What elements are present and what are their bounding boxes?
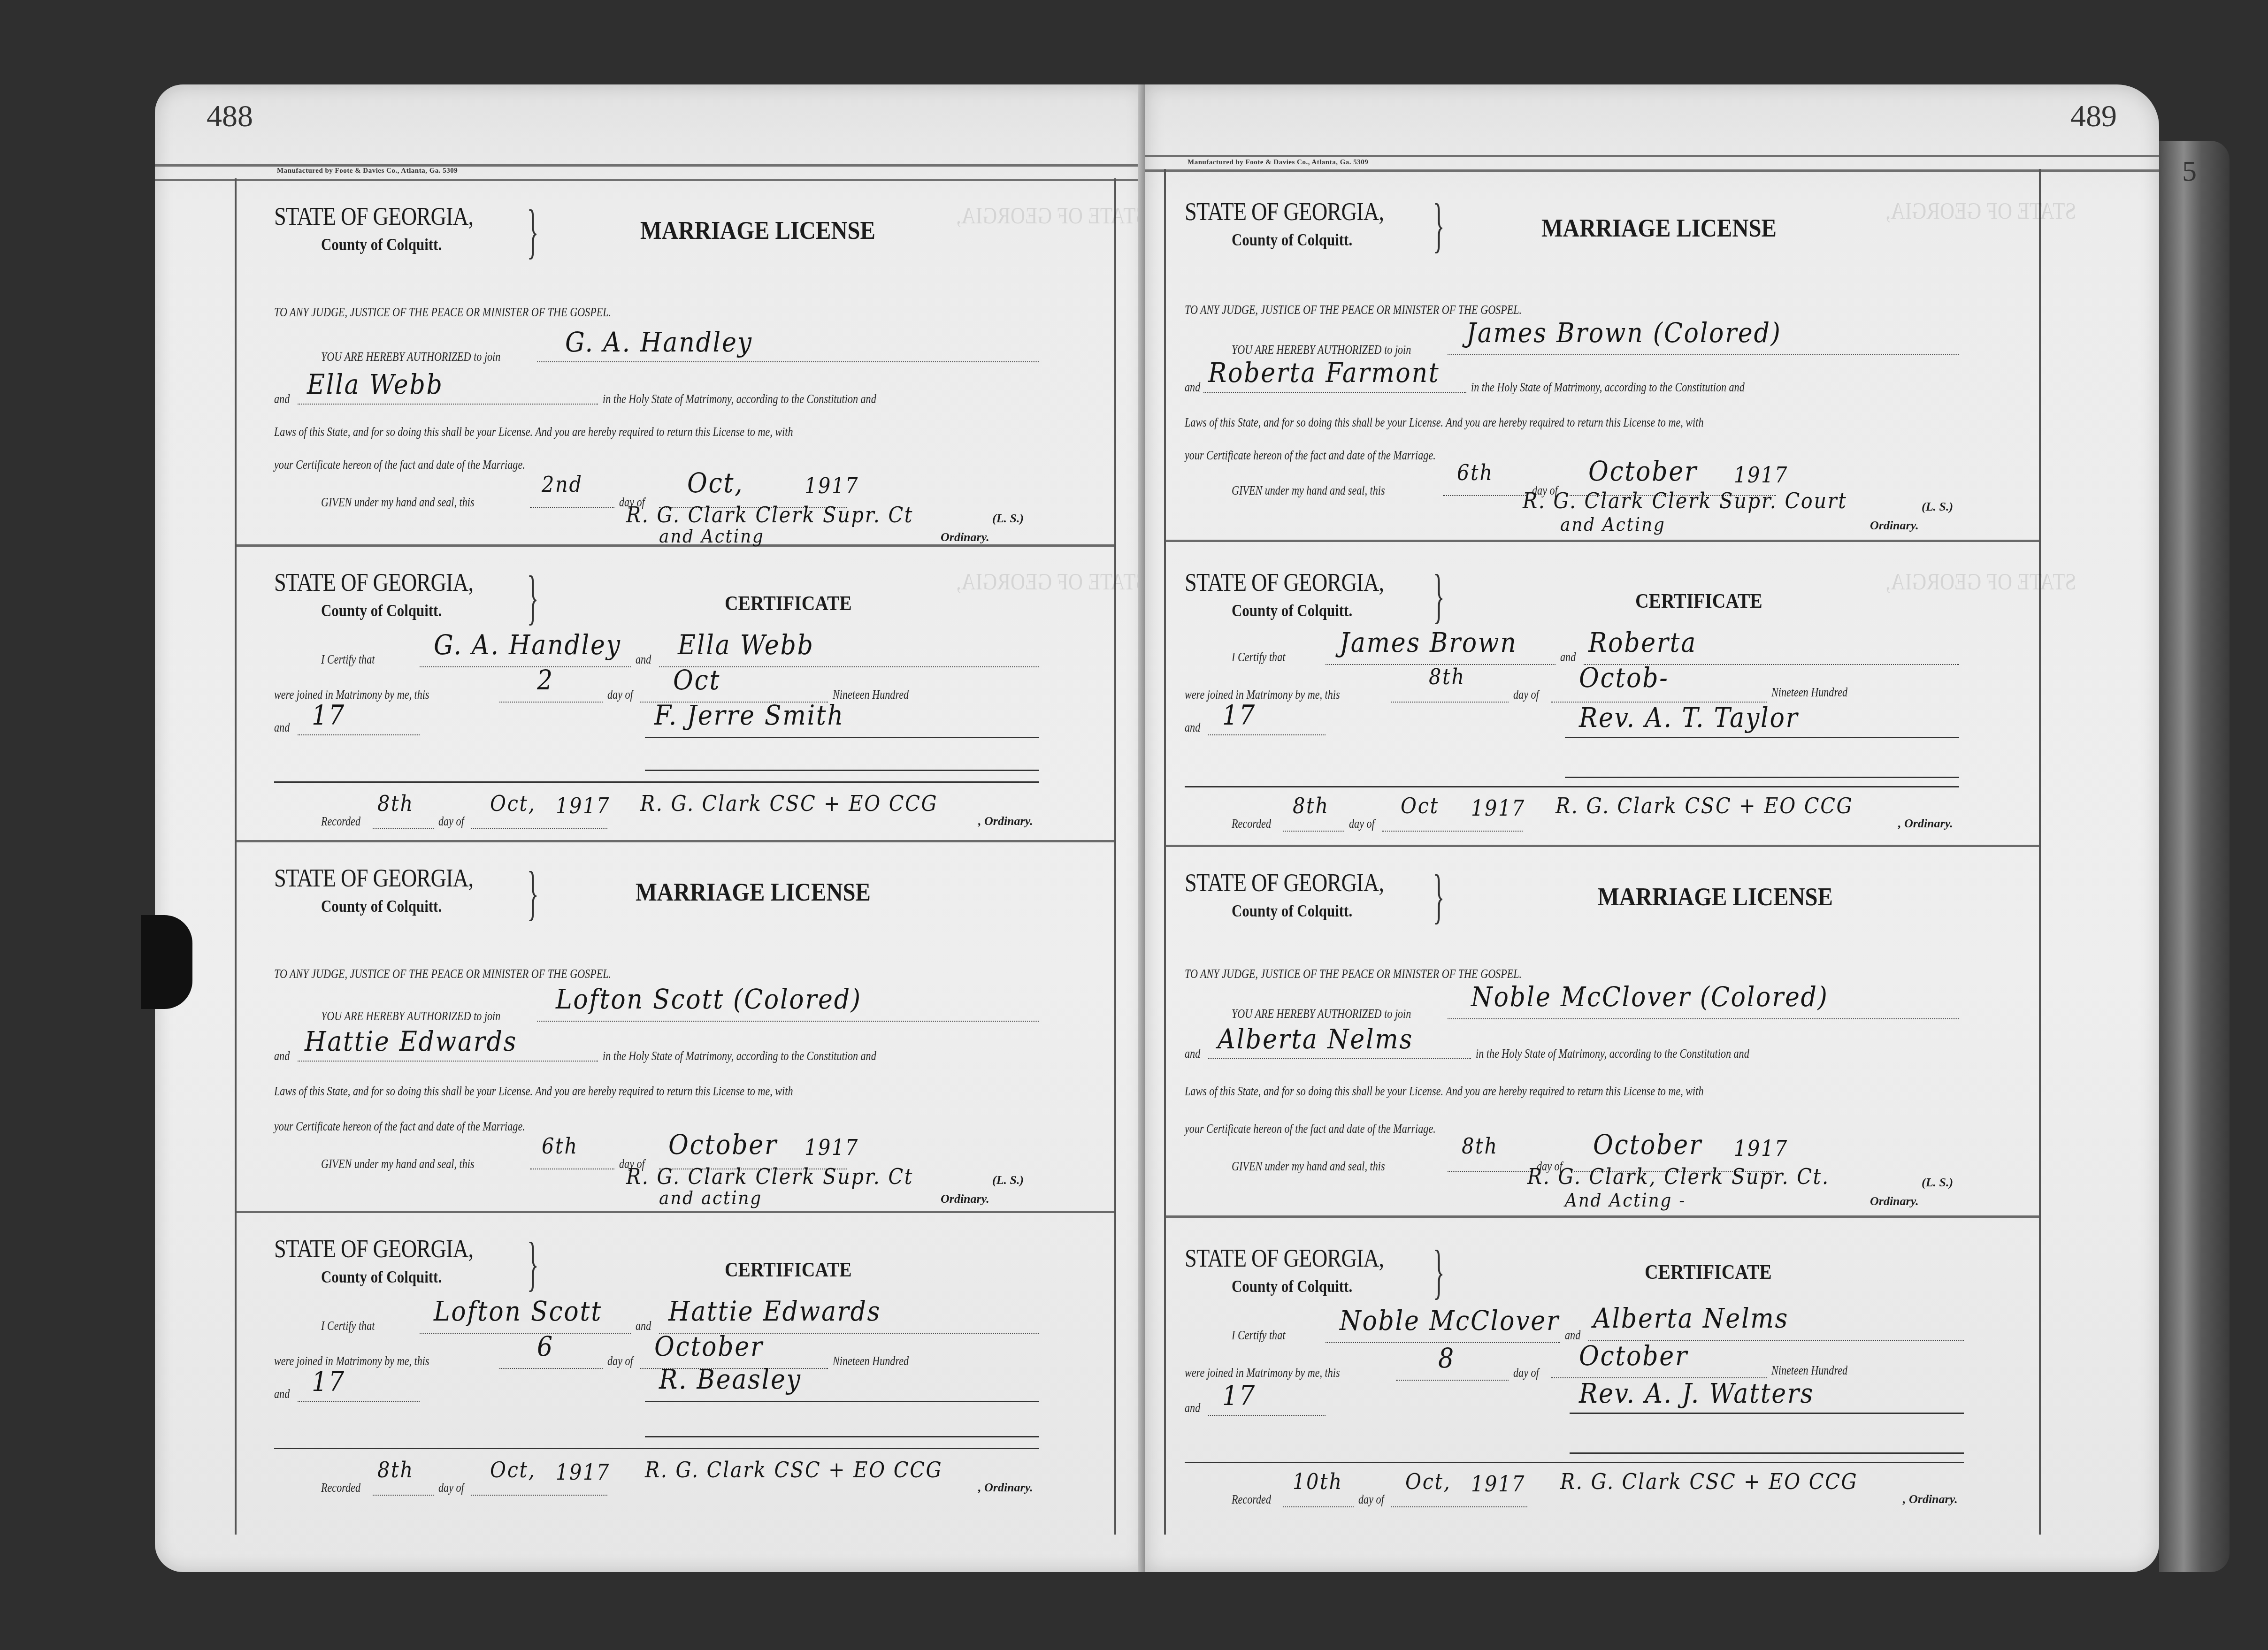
recorded-label: Recorded: [1232, 1492, 1271, 1507]
groom-name: Lofton Scott (Colored): [556, 983, 862, 1015]
marriage-license-form: STATE OF GEORGIA, STATE OF GEORGIA, Coun…: [237, 178, 1114, 547]
officiant-name: F. Jerre Smith: [654, 699, 844, 731]
recorded-year: 1917: [556, 1459, 610, 1485]
marriage-license-form: STATE OF GEORGIA, County of Colquitt. } …: [237, 840, 1114, 1213]
and-label: and: [1560, 650, 1576, 665]
certificate-form: STATE OF GEORGIA, STATE OF GEORGIA, Coun…: [237, 544, 1114, 842]
joined-label: were joined in Matrimony by me, this: [274, 1354, 429, 1368]
ordinary-label: , Ordinary.: [1903, 1492, 1958, 1506]
day-of-label: day of: [438, 1481, 464, 1495]
divider-line: [274, 781, 1039, 783]
addressee-line: TO ANY JUDGE, JUSTICE OF THE PEACE OR MI…: [1185, 967, 1522, 981]
addressee-line: TO ANY JUDGE, JUSTICE OF THE PEACE OR MI…: [274, 305, 611, 320]
certificate-title: CERTIFICATE: [1645, 1260, 1772, 1284]
and-year-label: and: [274, 1387, 290, 1401]
county-heading: County of Colquitt.: [321, 1267, 442, 1287]
right-page: 489 5 Manufactured by Foote & Davies Co.…: [1145, 84, 2159, 1572]
and-year-label: and: [1185, 720, 1200, 735]
ordinary-label: Ordinary.: [941, 1192, 989, 1206]
and-label: and: [1185, 380, 1200, 395]
county-heading: County of Colquitt.: [1232, 1276, 1352, 1296]
brace-icon: }: [527, 201, 539, 262]
authorized-label: YOU ARE HEREBY AUTHORIZED to join: [1232, 343, 1411, 357]
day-of-label: day of: [607, 1354, 633, 1368]
recorded-label: Recorded: [321, 1481, 360, 1495]
ordinary-label: , Ordinary.: [978, 814, 1033, 828]
officiant-name: Rev. A. T. Taylor: [1579, 702, 1799, 733]
given-day: 8th: [1462, 1133, 1498, 1159]
holy-state-text: in the Holy State of Matrimony, accordin…: [1476, 1047, 1749, 1061]
and-label: and: [274, 1049, 290, 1063]
certificate-title: CERTIFICATE: [1635, 589, 1762, 613]
given-label: GIVEN under my hand and seal, this: [321, 495, 475, 510]
recorded-day: 10th: [1293, 1469, 1343, 1494]
brace-icon: }: [1433, 195, 1445, 256]
license-title: MARRIAGE LICENSE: [1541, 214, 1777, 243]
year-suffix: 17: [312, 1366, 345, 1398]
form-frame: STATE OF GEORGIA, STATE OF GEORGIA, Coun…: [235, 178, 1116, 1535]
certificate-form: STATE OF GEORGIA, County of Colquitt. } …: [1166, 1215, 2039, 1539]
year-suffix: 17: [1222, 1380, 1256, 1412]
clerk-signature: R. G. Clark Clerk Supr. Ct: [626, 502, 913, 527]
certificate-title: CERTIFICATE: [725, 1258, 852, 1282]
page-tab-marker: [141, 915, 192, 1009]
joined-month: October: [1579, 1340, 1688, 1372]
bleed-through-text: STATE OF GEORGIA,: [956, 202, 1147, 229]
page-edge-stack: 5: [2159, 141, 2230, 1572]
officiant-title-line: [645, 770, 1039, 771]
recorded-day: 8th: [1293, 793, 1329, 818]
nineteen-hundred-label: Nineteen Hundred: [1771, 685, 1847, 700]
authorized-label: YOU ARE HEREBY AUTHORIZED to join: [321, 350, 500, 364]
form-frame: STATE OF GEORGIA, STATE OF GEORGIA, Coun…: [1164, 169, 2041, 1535]
seal-label: (L. S.): [1922, 1176, 1953, 1190]
certificate-title: CERTIFICATE: [725, 591, 852, 615]
recorded-year: 1917: [1471, 1471, 1525, 1497]
recorded-label: Recorded: [321, 814, 360, 829]
laws-text: Laws of this State, and for so doing thi…: [1185, 1084, 1704, 1099]
recorded-month: Oct: [1401, 793, 1439, 818]
officiant-name: R. Beasley: [659, 1363, 802, 1395]
day-of-label: day of: [1513, 687, 1539, 702]
bride-name: Alberta Nelms: [1593, 1302, 1789, 1334]
state-heading: STATE OF GEORGIA,: [274, 863, 473, 893]
joined-month-field[interactable]: [640, 673, 828, 703]
given-month: October: [668, 1129, 778, 1161]
nineteen-hundred-label: Nineteen Hundred: [833, 1354, 909, 1368]
officiant-line: [645, 737, 1039, 738]
holy-state-text: in the Holy State of Matrimony, accordin…: [603, 1049, 876, 1063]
license-title: MARRIAGE LICENSE: [1598, 882, 1833, 911]
certify-label: I Certify that: [321, 652, 375, 667]
day-of-label: day of: [607, 687, 633, 702]
state-heading: STATE OF GEORGIA,: [274, 202, 473, 231]
clerk-signature: R. G. Clark Clerk Supr. Court: [1523, 488, 1847, 513]
recorded-day: 8th: [377, 1457, 414, 1482]
given-month: October: [1588, 455, 1698, 487]
county-heading: County of Colquitt.: [1232, 601, 1352, 620]
state-heading: STATE OF GEORGIA,: [1185, 568, 1384, 597]
certificate-hereon-text: your Certificate hereon of the fact and …: [1185, 1122, 1436, 1136]
given-year: 1917: [1734, 1136, 1788, 1161]
joined-day: 8th: [1429, 664, 1465, 689]
certificate-hereon-text: your Certificate hereon of the fact and …: [274, 1119, 525, 1134]
county-heading: County of Colquitt.: [1232, 230, 1352, 250]
day-of-label: day of: [438, 814, 464, 829]
joined-day: 6: [537, 1330, 554, 1362]
brace-icon: }: [1433, 866, 1445, 927]
certify-label: I Certify that: [321, 1319, 375, 1333]
groom-name: Lofton Scott: [434, 1295, 602, 1327]
joined-month: Oct: [673, 664, 720, 696]
given-year: 1917: [1734, 462, 1788, 488]
clerk-signature-line2: and Acting: [1560, 514, 1666, 535]
bleed-through-text: STATE OF GEORGIA,: [956, 568, 1147, 595]
certify-label: I Certify that: [1232, 1328, 1285, 1343]
authorized-label: YOU ARE HEREBY AUTHORIZED to join: [1232, 1007, 1411, 1021]
and-label: and: [636, 1319, 651, 1333]
given-month: Oct,: [687, 467, 743, 499]
recorded-month: Oct,: [1405, 1469, 1451, 1494]
license-title: MARRIAGE LICENSE: [636, 878, 871, 907]
holy-state-text: in the Holy State of Matrimony, accordin…: [603, 392, 876, 406]
and-year-label: and: [1185, 1401, 1200, 1415]
clerk-signature: R. G. Clark, Clerk Supr. Ct.: [1527, 1164, 1830, 1189]
given-day: 2nd: [542, 472, 583, 497]
ordinary-label: , Ordinary.: [1898, 817, 1953, 831]
holy-state-text: in the Holy State of Matrimony, accordin…: [1471, 380, 1745, 395]
and-year-label: and: [274, 720, 290, 735]
day-of-label: day of: [1513, 1366, 1539, 1380]
brace-icon: }: [527, 567, 539, 628]
recorded-month: Oct,: [490, 791, 536, 816]
ordinary-label: Ordinary.: [1870, 519, 1919, 533]
divider-line: [1185, 786, 1959, 787]
joined-label: were joined in Matrimony by me, this: [274, 687, 429, 702]
recorded-by-signature: R. G. Clark CSC + EO CCG: [645, 1457, 942, 1482]
officiant-title-line: [1570, 1452, 1964, 1454]
given-label: GIVEN under my hand and seal, this: [321, 1157, 475, 1171]
recorded-year: 1917: [556, 793, 610, 818]
given-label: GIVEN under my hand and seal, this: [1232, 1159, 1385, 1174]
groom-name: Noble McClover: [1340, 1305, 1560, 1337]
certify-label: I Certify that: [1232, 650, 1285, 665]
laws-text: Laws of this State, and for so doing thi…: [1185, 415, 1704, 430]
and-label: and: [636, 652, 651, 667]
page-number-right: 489: [2070, 99, 2117, 134]
edge-page-number: 5: [2182, 155, 2197, 188]
officiant-line: [645, 1401, 1039, 1402]
brace-icon: }: [1433, 1241, 1445, 1302]
county-heading: County of Colquitt.: [321, 235, 442, 254]
ledger-book: 488 Manufactured by Foote & Davies Co., …: [155, 84, 2159, 1572]
year-suffix: 17: [312, 699, 345, 731]
state-heading: STATE OF GEORGIA,: [274, 568, 473, 597]
recorded-by-signature: R. G. Clark CSC + EO CCG: [640, 791, 938, 816]
authorized-label: YOU ARE HEREBY AUTHORIZED to join: [321, 1009, 500, 1024]
officiant-name: Rev. A. J. Watters: [1579, 1377, 1814, 1409]
state-heading: STATE OF GEORGIA,: [274, 1234, 473, 1263]
bride-name: Hattie Edwards: [668, 1295, 881, 1327]
year-suffix: 17: [1222, 699, 1256, 731]
recorded-year: 1917: [1471, 795, 1525, 821]
recorded-by-signature: R. G. Clark CSC + EO CCG: [1560, 1469, 1858, 1494]
given-day: 6th: [1457, 460, 1494, 485]
seal-label: (L. S.): [992, 512, 1024, 526]
given-label: GIVEN under my hand and seal, this: [1232, 483, 1385, 498]
bleed-through-text: STATE OF GEORGIA,: [1885, 568, 2076, 595]
joined-label: were joined in Matrimony by me, this: [1185, 687, 1340, 702]
addressee-line: TO ANY JUDGE, JUSTICE OF THE PEACE OR MI…: [274, 967, 611, 981]
laws-text: Laws of this State, and for so doing thi…: [274, 425, 793, 439]
seal-label: (L. S.): [992, 1173, 1024, 1187]
ordinary-label: Ordinary.: [1870, 1194, 1919, 1208]
and-label: and: [1565, 1328, 1580, 1343]
joined-month: Octob-: [1579, 662, 1669, 694]
manufacturer-line: Manufactured by Foote & Davies Co., Atla…: [277, 167, 458, 175]
marriage-license-form: STATE OF GEORGIA, County of Colquitt. } …: [1166, 845, 2039, 1218]
certificate-form: STATE OF GEORGIA, County of Colquitt. } …: [237, 1211, 1114, 1539]
groom-name: James Brown (Colored): [1466, 317, 1782, 349]
joined-label: were joined in Matrimony by me, this: [1185, 1366, 1340, 1380]
officiant-line: [1565, 737, 1959, 738]
county-heading: County of Colquitt.: [1232, 901, 1352, 921]
day-of-label: day of: [1349, 817, 1375, 831]
groom-name: James Brown: [1340, 626, 1517, 658]
groom-name: G. A. Handley: [434, 629, 621, 661]
certificate-hereon-text: your Certificate hereon of the fact and …: [1185, 448, 1436, 463]
joined-day: 2: [537, 664, 554, 696]
and-label: and: [1185, 1047, 1200, 1061]
day-of-label: day of: [1358, 1492, 1384, 1507]
recorded-day: 8th: [377, 791, 414, 816]
groom-name: Noble McClover (Colored): [1471, 981, 1829, 1013]
bride-name: Ella Webb: [307, 368, 444, 400]
officiant-title-line: [1565, 777, 1959, 778]
ordinary-label: Ordinary.: [941, 530, 989, 544]
ordinary-label: , Ordinary.: [978, 1481, 1033, 1495]
bride-name: Hattie Edwards: [305, 1025, 517, 1057]
clerk-signature-line2: And Acting -: [1565, 1190, 1686, 1211]
and-label: and: [274, 392, 290, 406]
recorded-month: Oct,: [490, 1457, 536, 1482]
recorded-label: Recorded: [1232, 817, 1271, 831]
county-heading: County of Colquitt.: [321, 896, 442, 916]
marriage-license-form: STATE OF GEORGIA, STATE OF GEORGIA, Coun…: [1166, 169, 2039, 542]
state-heading: STATE OF GEORGIA,: [1185, 1244, 1384, 1273]
certificate-form: STATE OF GEORGIA, STATE OF GEORGIA, Coun…: [1166, 540, 2039, 847]
given-month: October: [1593, 1129, 1702, 1161]
groom-name: G. A. Handley: [565, 326, 753, 358]
recorded-by-signature: R. G. Clark CSC + EO CCG: [1555, 793, 1853, 818]
seal-label: (L. S.): [1922, 500, 1953, 514]
given-year: 1917: [805, 473, 859, 498]
page-number-left: 488: [207, 99, 253, 134]
left-page: 488 Manufactured by Foote & Davies Co., …: [155, 84, 1145, 1572]
laws-text: Laws of this State, and for so doing thi…: [274, 1084, 793, 1099]
given-day: 6th: [542, 1133, 578, 1159]
joined-month: October: [654, 1330, 764, 1362]
bride-name: Roberta: [1588, 626, 1697, 658]
brace-icon: }: [1433, 565, 1445, 626]
manufacturer-line: Manufactured by Foote & Davies Co., Atla…: [1188, 159, 1368, 167]
clerk-signature-line2: and acting: [659, 1187, 762, 1209]
bride-name: Roberta Farmont: [1208, 357, 1440, 389]
state-heading: STATE OF GEORGIA,: [1185, 197, 1384, 226]
addressee-line: TO ANY JUDGE, JUSTICE OF THE PEACE OR MI…: [1185, 303, 1522, 317]
joined-day: 8: [1438, 1342, 1455, 1374]
officiant-title-line: [645, 1436, 1039, 1437]
clerk-signature: R. G. Clark Clerk Supr. Ct: [626, 1164, 913, 1189]
bride-name: Ella Webb: [678, 629, 814, 661]
certificate-hereon-text: your Certificate hereon of the fact and …: [274, 458, 525, 472]
bleed-through-text: STATE OF GEORGIA,: [1885, 197, 2076, 224]
brace-icon: }: [527, 863, 539, 924]
divider-line: [274, 1448, 1039, 1449]
nineteen-hundred-label: Nineteen Hundred: [1771, 1363, 1847, 1378]
officiant-line: [1570, 1413, 1964, 1414]
state-heading: STATE OF GEORGIA,: [1185, 868, 1384, 897]
brace-icon: }: [527, 1233, 539, 1294]
given-year: 1917: [805, 1135, 859, 1160]
divider-line: [1185, 1462, 1964, 1463]
county-heading: County of Colquitt.: [321, 601, 442, 620]
license-title: MARRIAGE LICENSE: [640, 216, 875, 245]
bride-name: Alberta Nelms: [1218, 1023, 1413, 1055]
